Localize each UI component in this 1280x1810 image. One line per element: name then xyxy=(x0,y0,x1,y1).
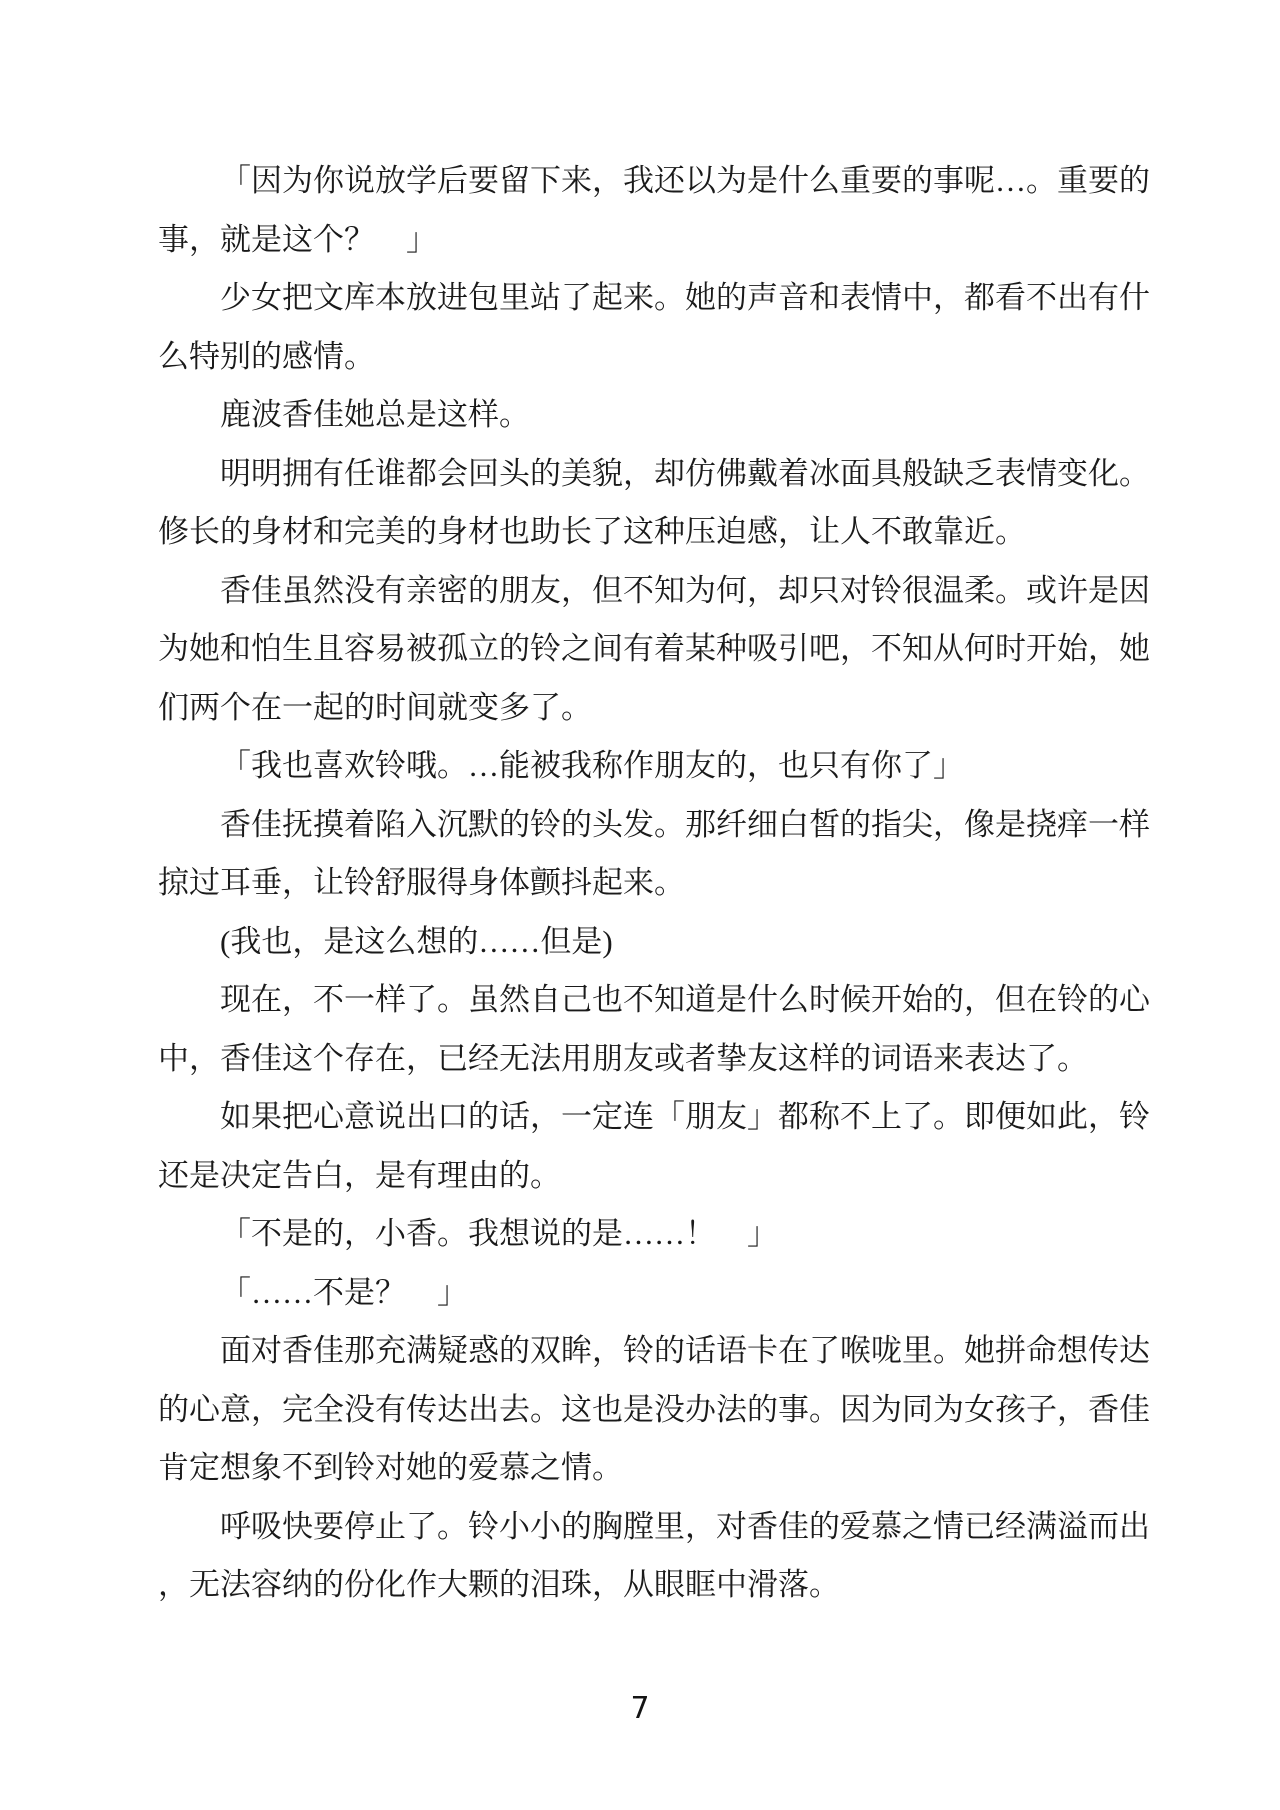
text-line: 鹿波香佳她总是这样。 xyxy=(158,386,1150,445)
text-line: 为她和怕生且容易被孤立的铃之间有着某种吸引吧，不知从何时开始，她 xyxy=(158,620,1150,679)
text-line: (我也，是这么想的……但是) xyxy=(158,913,1150,972)
text-line: 香佳虽然没有亲密的朋友，但不知为何，却只对铃很温柔。或许是因 xyxy=(158,562,1150,621)
text-line: 「……不是？ 」 xyxy=(158,1264,1150,1323)
page-number: 7 xyxy=(0,1692,1280,1726)
text-line: 呼吸快要停止了。铃小小的胸膛里，对香佳的爱慕之情已经满溢而出 xyxy=(158,1498,1150,1557)
text-line: 中，香佳这个存在，已经无法用朋友或者挚友这样的词语来表达了。 xyxy=(158,1030,1150,1089)
text-block: 「因为你说放学后要留下来，我还以为是什么重要的事呢…。重要的事，就是这个？ 」少… xyxy=(158,152,1150,1615)
text-line: 「我也喜欢铃哦。…能被我称作朋友的，也只有你了」 xyxy=(158,737,1150,796)
novel-page: 「因为你说放学后要留下来，我还以为是什么重要的事呢…。重要的事，就是这个？ 」少… xyxy=(0,0,1280,1810)
text-line: 「因为你说放学后要留下来，我还以为是什么重要的事呢…。重要的 xyxy=(158,152,1150,211)
text-line: 们两个在一起的时间就变多了。 xyxy=(158,679,1150,738)
text-line: 如果把心意说出口的话，一定连「朋友」都称不上了。即便如此，铃 xyxy=(158,1088,1150,1147)
text-line: 掠过耳垂，让铃舒服得身体颤抖起来。 xyxy=(158,854,1150,913)
text-line: 面对香佳那充满疑惑的双眸，铃的话语卡在了喉咙里。她拼命想传达 xyxy=(158,1322,1150,1381)
text-line: 事，就是这个？ 」 xyxy=(158,211,1150,270)
text-line: 的心意，完全没有传达出去。这也是没办法的事。因为同为女孩子，香佳 xyxy=(158,1381,1150,1440)
text-line: 么特别的感情。 xyxy=(158,328,1150,387)
text-line: 还是决定告白，是有理由的。 xyxy=(158,1147,1150,1206)
text-line: 肯定想象不到铃对她的爱慕之情。 xyxy=(158,1439,1150,1498)
text-line: ，无法容纳的份化作大颗的泪珠，从眼眶中滑落。 xyxy=(158,1556,1150,1615)
text-line: 少女把文库本放进包里站了起来。她的声音和表情中，都看不出有什 xyxy=(158,269,1150,328)
text-line: 现在，不一样了。虽然自己也不知道是什么时候开始的，但在铃的心 xyxy=(158,971,1150,1030)
text-line: 「不是的，小香。我想说的是……！ 」 xyxy=(158,1205,1150,1264)
text-line: 明明拥有任谁都会回头的美貌，却仿佛戴着冰面具般缺乏表情变化。 xyxy=(158,445,1150,504)
text-line: 香佳抚摸着陷入沉默的铃的头发。那纤细白皙的指尖，像是挠痒一样 xyxy=(158,796,1150,855)
text-line: 修长的身材和完美的身材也助长了这种压迫感，让人不敢靠近。 xyxy=(158,503,1150,562)
